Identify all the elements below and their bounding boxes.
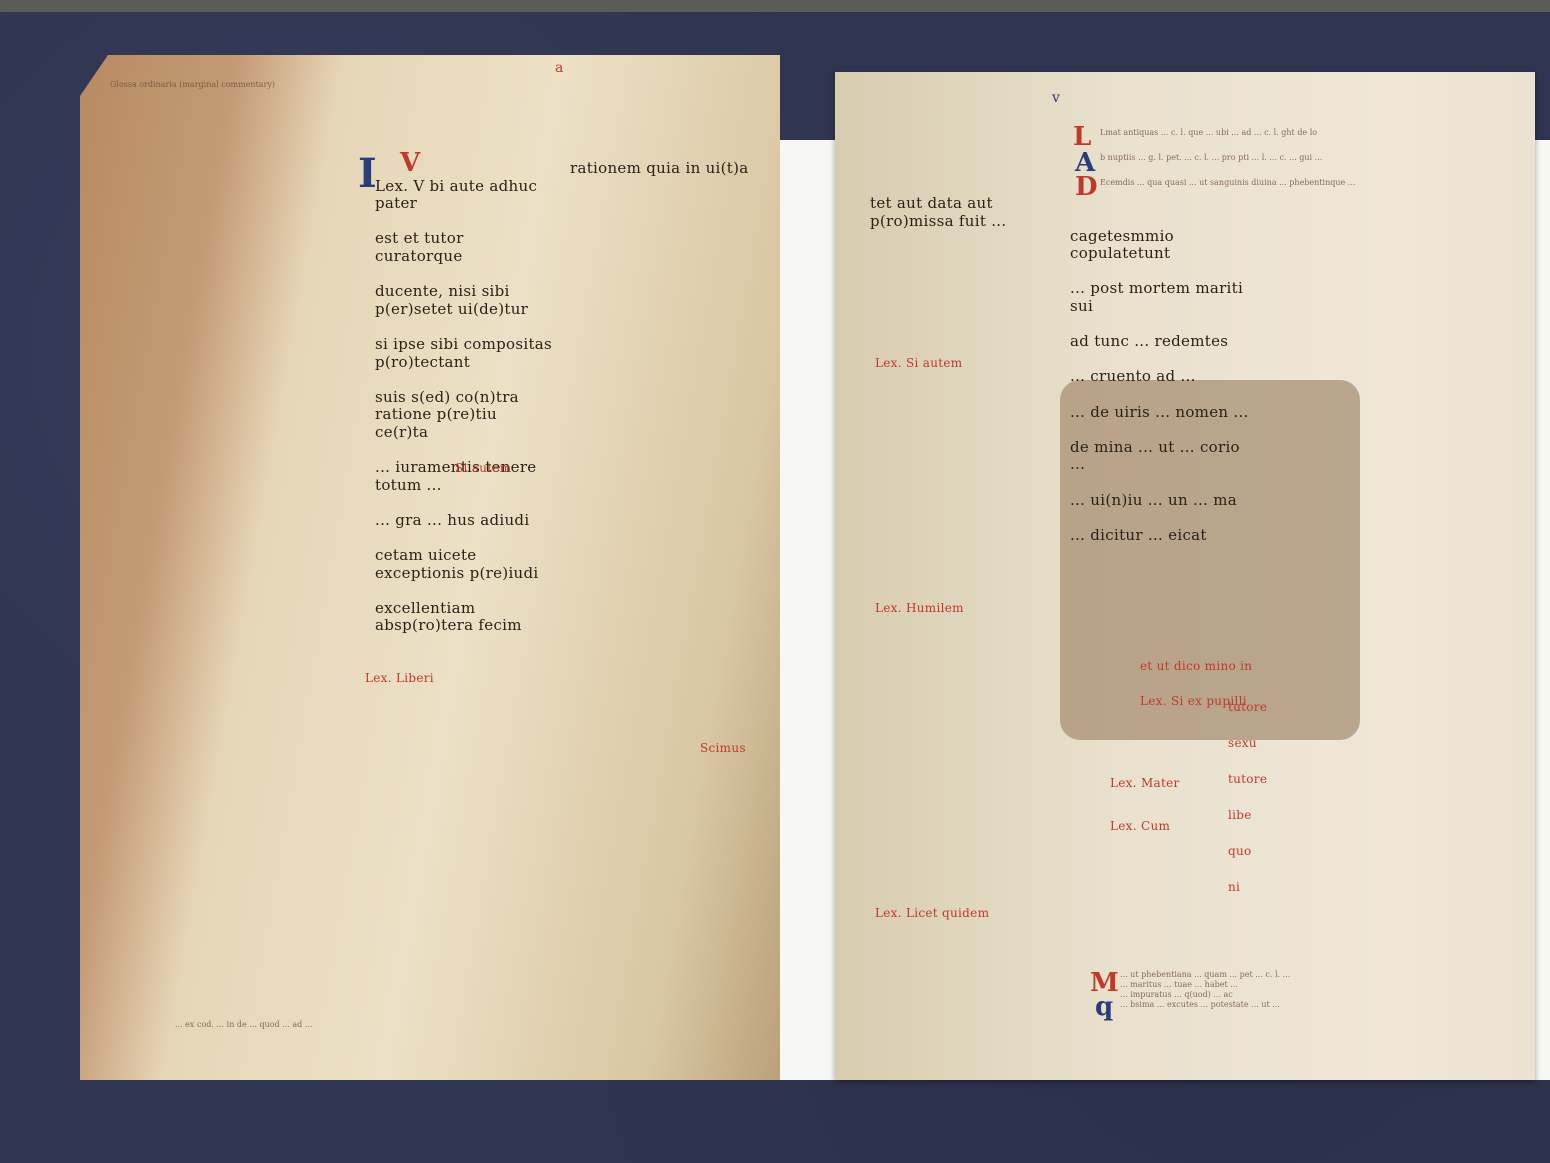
text-line: est et tutor curatorque xyxy=(375,230,555,265)
text-line: cetam uicete exceptionis p(re)iudi xyxy=(375,547,555,582)
rubric: et ut dico mino in xyxy=(1140,658,1252,676)
rubric: ni xyxy=(1228,878,1267,896)
initial-i: I xyxy=(358,150,377,197)
rubric: tutore xyxy=(1228,698,1267,716)
right-column-b: cagetesmmio copulatetunt ... post mortem… xyxy=(1070,210,1255,562)
text-line: si ipse sibi compositas p(ro)tectant xyxy=(375,336,555,371)
initial-d: D xyxy=(1075,172,1098,202)
left-bottom-gloss: ... ex cod. ... in de ... quod ... ad ..… xyxy=(175,1020,535,1030)
rubric: Si autem xyxy=(455,460,511,478)
text-line: ... ui(n)iu ... un ... ma xyxy=(1070,492,1255,510)
text-line: ... post mortem mariti sui xyxy=(1070,280,1255,315)
text-line: Lex. V bi aute adhuc pater xyxy=(375,178,555,213)
text-line: de mina ... ut ... corio ... xyxy=(1070,439,1255,474)
rubric: Lex. Humilem xyxy=(875,600,964,618)
rubric: Lex. Licet quidem xyxy=(875,905,989,923)
gloss-line: Ecemdis ... qua quasi ... ut sanguinis d… xyxy=(1100,178,1390,188)
text-line: ... cruento ad ... xyxy=(1070,368,1255,386)
right-bottom-gloss: ... ut phebentiana ... quam ... pet ... … xyxy=(1120,970,1440,1010)
quire-mark-right: v xyxy=(1052,90,1060,106)
text-line: ... gra ... hus adiudi xyxy=(375,512,555,530)
rubric: Lex. Si autem xyxy=(875,355,962,373)
rubric: quo xyxy=(1228,842,1267,860)
left-column-a: Lex. V bi aute adhuc pater est et tutor … xyxy=(375,160,555,653)
gloss-line: Lmat antiquas ... c. l. que ... ubi ... … xyxy=(1100,128,1390,138)
rubric: libe xyxy=(1228,806,1267,824)
rubric: Lex. Liberi xyxy=(365,670,434,688)
wall-strip xyxy=(0,0,1550,12)
text-line: excellentiam absp(ro)tera fecim xyxy=(375,600,555,635)
rubric: tutore xyxy=(1228,770,1267,788)
rubric: sexu xyxy=(1228,734,1267,752)
left-column-b: rationem quia in ui(t)a xyxy=(570,160,750,178)
rubric: Lex. Mater xyxy=(1110,775,1180,793)
text-line: ad tunc ... redemtes xyxy=(1070,333,1255,351)
right-column-a: tet aut data aut p(ro)missa fuit ... xyxy=(870,195,1050,230)
text-line: ... dicitur ... eicat xyxy=(1070,527,1255,545)
rubric: Scimus xyxy=(700,740,746,758)
gloss-line: b nuptiis ... g. l. pet. ... c. l. ... p… xyxy=(1100,153,1390,163)
text-line: ... de uiris ... nomen ... xyxy=(1070,404,1255,422)
quire-mark-left: a xyxy=(555,60,563,76)
text-line: ducente, nisi sibi p(er)setet ui(de)tur xyxy=(375,283,555,318)
text-line: cagetesmmio copulatetunt xyxy=(1070,228,1255,263)
rubric: Lex. Cum xyxy=(1110,818,1170,836)
text-line: suis s(ed) co(n)tra ratione p(re)tiu ce(… xyxy=(375,389,555,442)
left-marginal-gloss: Glossa ordinaria (marginal commentary) xyxy=(110,80,350,90)
rubric-marginal-words: tutore sexu tutore libe quo ni xyxy=(1228,680,1267,914)
initial-q: q xyxy=(1095,992,1113,1022)
